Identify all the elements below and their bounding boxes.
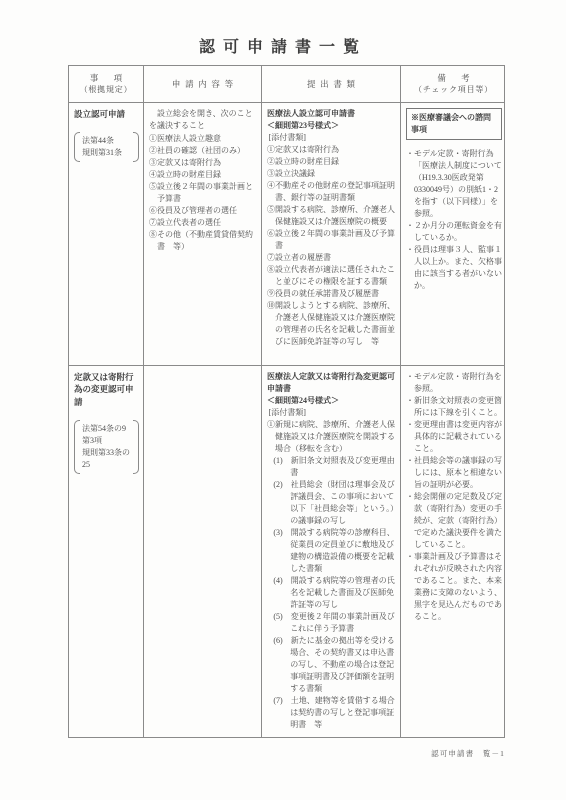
document-title: 医療法人定款又は寄附行為変更認可申請書: [267, 371, 396, 395]
document-item: ④不動産その他財産の登記事項証明書、銀行等の証明書類: [267, 180, 396, 204]
legal-basis-bracket: 法第44条 規則第31条: [74, 132, 139, 162]
remark-item: ・モデル定款・寄附行為「医療法人制度について（H19.3.30医政発第03300…: [406, 148, 502, 220]
document-item: ②設立時の財産目録: [267, 156, 396, 168]
remark-item: ・モデル定款・寄附行為を参照。: [406, 371, 502, 395]
row-title: 設立認可申請: [74, 108, 139, 120]
remark-item: ・新旧条文対照表の変更箇所には下線を引くこと。: [406, 395, 502, 419]
row-title: 定款又は寄附行為の変更認可申請: [74, 371, 139, 408]
legal-basis-bracket: 法第54条の9 第3項 規則第33条の25: [74, 420, 139, 474]
legal-basis-line: 第3項: [82, 435, 131, 447]
content-item: ③定款又は寄附行為: [149, 157, 257, 169]
header-item-label: 事項: [75, 72, 138, 85]
legal-basis-line: 法第54条の9: [82, 423, 131, 435]
header-remarks-label: 備考: [422, 72, 485, 85]
item-cell: 定款又は寄附行為の変更認可申請 法第54条の9 第3項 規則第33条の25: [69, 366, 144, 737]
content-item: ⑦設立代表者の選任: [149, 217, 257, 229]
remark-item: ・事業計画及び予算書はそれぞれが反映された内容であること。また、本来業務に支障の…: [406, 551, 502, 623]
remark-item: ・社員総会等の議事録の写しには、原本と相違ない旨の証明が必要。: [406, 455, 502, 491]
document-subitem: (2) 社員総会（財団は理事会及び評議員会、この事項において以下「社員総会等」と…: [273, 479, 396, 527]
document-subitem: (3) 開設する病院等の診療科目、従業員の定員並びに敷地及び建物の構造設備の概要…: [273, 527, 396, 575]
document-item: ⑨役員の就任承諾書及び履歴書: [267, 288, 396, 300]
content-item: ⑧その他（不動産賃貸借契約書 等）: [149, 229, 257, 253]
document-item: ⑥設立後２年間の事業計画及び予算書: [267, 228, 396, 252]
page-footer: 認可申請書 覧－1: [68, 748, 505, 759]
content-cell: 設立総会を開き、次のことを議決すること ①医療法人設立趣意 ②社員の確認（社団の…: [144, 103, 262, 365]
header-cell-documents: 提出書類: [262, 66, 401, 102]
remark-item: ・２か月分の運転資金を有しているか。: [406, 220, 502, 244]
table-row-establishment: 設立認可申請 法第44条 規則第31条 設立総会を開き、次のことを議決すること …: [69, 103, 504, 366]
legal-basis-line: 規則第33条の25: [82, 447, 131, 471]
content-item: ⑤設立後２年間の事業計画と予算書: [149, 181, 257, 205]
remark-item: ・役員は理事３人、監事１人以上か。また、欠格事由に該当する者がいないか。: [406, 244, 502, 292]
document-title: 医療法人設立認可申請書: [267, 108, 396, 120]
header-cell-content: 申請内容等: [144, 66, 262, 102]
content-item: ②社員の確認（社団のみ）: [149, 145, 257, 157]
document-item: ⑤開設する病院、診療所、介護老人保健施設又は介護医療院の概要: [267, 204, 396, 228]
header-item-sublabel: （根拠規定）: [80, 84, 133, 96]
document-subitem: (4) 開設する病院等の管理者の氏名を記載した書面及び医師免許証等の写し: [273, 575, 396, 611]
document-subitem: (1) 新旧条文対照表及び変更理由書: [273, 455, 396, 479]
approval-application-table: 事項 （根拠規定） 申請内容等 提出書類 備考 （チェック項目等） 設立認可申請…: [68, 65, 505, 738]
item-cell: 設立認可申請 法第44条 規則第31条: [69, 103, 144, 365]
content-item: ①医療法人設立趣意: [149, 133, 257, 145]
legal-basis-line: 規則第31条: [82, 147, 131, 159]
header-cell-item: 事項 （根拠規定）: [69, 66, 144, 102]
council-consultation-note: ※医療審議会への諮問事項: [406, 108, 502, 140]
table-header-row: 事項 （根拠規定） 申請内容等 提出書類 備考 （チェック項目等）: [69, 66, 504, 103]
document-item: ①定款又は寄附行為: [267, 144, 396, 156]
page-title: 認可申請書一覧: [0, 0, 566, 57]
document-subitem: (7) 土地、建物等を賃借する場合は契約書の写しと登記事項証明書 等: [273, 695, 396, 731]
document-subitem: (6) 新たに基金の拠出等を受ける場合、その契約書又は申込書の写し、不動産の場合…: [273, 635, 396, 695]
remarks-cell: ※医療審議会への諮問事項 ・モデル定款・寄附行為「医療法人制度について（H19.…: [401, 103, 506, 365]
content-item: ⑥役員及び管理者の選任: [149, 205, 257, 217]
remark-item: ・総会開催の定足数及び定款（寄附行為）変更の手続が、定款（寄附行為）で定めた議決…: [406, 491, 502, 551]
attachment-label: [添付書類]: [267, 407, 396, 419]
document-item: ③設立決議録: [267, 168, 396, 180]
header-remarks-sublabel: （チェック項目等）: [414, 84, 493, 96]
header-documents-label: 提出書類: [302, 78, 359, 91]
content-item: ④設立時の財産目録: [149, 169, 257, 181]
remark-item: ・変更理由書は変更内容が具体的に記載されていること。: [406, 419, 502, 455]
header-content-label: 申請内容等: [167, 78, 238, 91]
document-item: ⑧設立代表者が適法に選任されたこと並びにその権限を証する書類: [267, 264, 396, 288]
attachment-label: [添付書類]: [267, 132, 396, 144]
document-item: ⑦設立者の履歴書: [267, 252, 396, 264]
document-subitem: (5) 変更後２年間の事業計画及びこれに伴う予算書: [273, 611, 396, 635]
form-number: ＜細則第23号様式＞: [267, 120, 396, 132]
documents-cell: 医療法人定款又は寄附行為変更認可申請書 ＜細則第24号様式＞ [添付書類] ①新…: [262, 366, 401, 737]
legal-basis-line: 法第44条: [82, 135, 131, 147]
document-item: ①新規に病院、診療所、介護老人保健施設又は介護医療院を開設する場合（移転を含む）: [267, 419, 396, 455]
table-row-amendment: 定款又は寄附行為の変更認可申請 法第54条の9 第3項 規則第33条の25 医療…: [69, 366, 504, 737]
header-cell-remarks: 備考 （チェック項目等）: [401, 66, 506, 102]
document-item: ⑩開設しようとする病院、診療所、介護老人保健施設又は介護医療院の管理者の氏名を記…: [267, 300, 396, 348]
remarks-cell: ・モデル定款・寄附行為を参照。 ・新旧条文対照表の変更箇所には下線を引くこと。 …: [401, 366, 506, 737]
documents-cell: 医療法人設立認可申請書 ＜細則第23号様式＞ [添付書類] ①定款又は寄附行為 …: [262, 103, 401, 365]
content-intro: 設立総会を開き、次のことを議決すること: [149, 108, 257, 132]
document-page: 認可申請書一覧 事項 （根拠規定） 申請内容等 提出書類 備考 （チェック項目等…: [0, 0, 566, 800]
form-number: ＜細則第24号様式＞: [267, 395, 396, 407]
content-cell-empty: [144, 366, 262, 737]
